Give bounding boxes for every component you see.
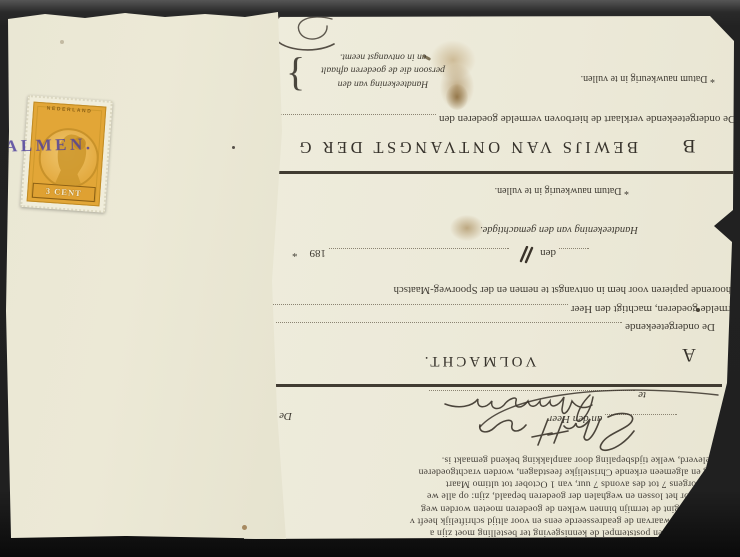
line-verklaart: De ondergeteekende verklaart de hierbove…	[272, 111, 736, 126]
section-a-heading: VOLMACHT.	[388, 352, 570, 369]
line-den-189: den 189 *	[292, 245, 592, 264]
paper-speck	[60, 40, 64, 44]
photo-scene: { Handteekening van den persoon die de g…	[0, 0, 740, 557]
signature-schutte	[390, 370, 730, 455]
section-b-label: B	[676, 134, 702, 156]
line-machtigt: ermelde goederen, machtigt den Heer	[270, 301, 736, 316]
section-b-heading: BEWIJS VAN ONTVANGST DER G	[276, 137, 658, 157]
ink-marks	[513, 246, 539, 264]
section-a-label: A	[676, 343, 702, 365]
station-overprint: ALMEN.	[5, 133, 127, 156]
paper-speck	[242, 525, 247, 530]
paper-speck	[232, 146, 235, 149]
stamp-value-label: 3 CENT	[32, 183, 96, 202]
footnote-datum-a: * Datum nauwkeurig in te vullen.	[455, 183, 629, 198]
caption-gemachtigde: Handteekening van den gemachtigde.	[436, 222, 638, 237]
footnote-datum-b: * Datum nauwkeurig in te vullen.	[545, 71, 715, 86]
brace-caption: Handteekening van den persoon die de goe…	[300, 50, 466, 91]
line-ondergeteekende: De ondergeteekende	[273, 319, 715, 334]
divider-rule	[246, 171, 736, 174]
line-papieren: ehoorende papieren voor hem in ontvangst…	[270, 282, 736, 297]
document-left-page: NEDERLAND 3 CENT ALMEN.	[5, 11, 286, 540]
document-right-page: { Handteekening van den persoon die de g…	[244, 13, 738, 541]
fine-print-block: waarop volgens den poststempel de kennis…	[272, 453, 734, 538]
